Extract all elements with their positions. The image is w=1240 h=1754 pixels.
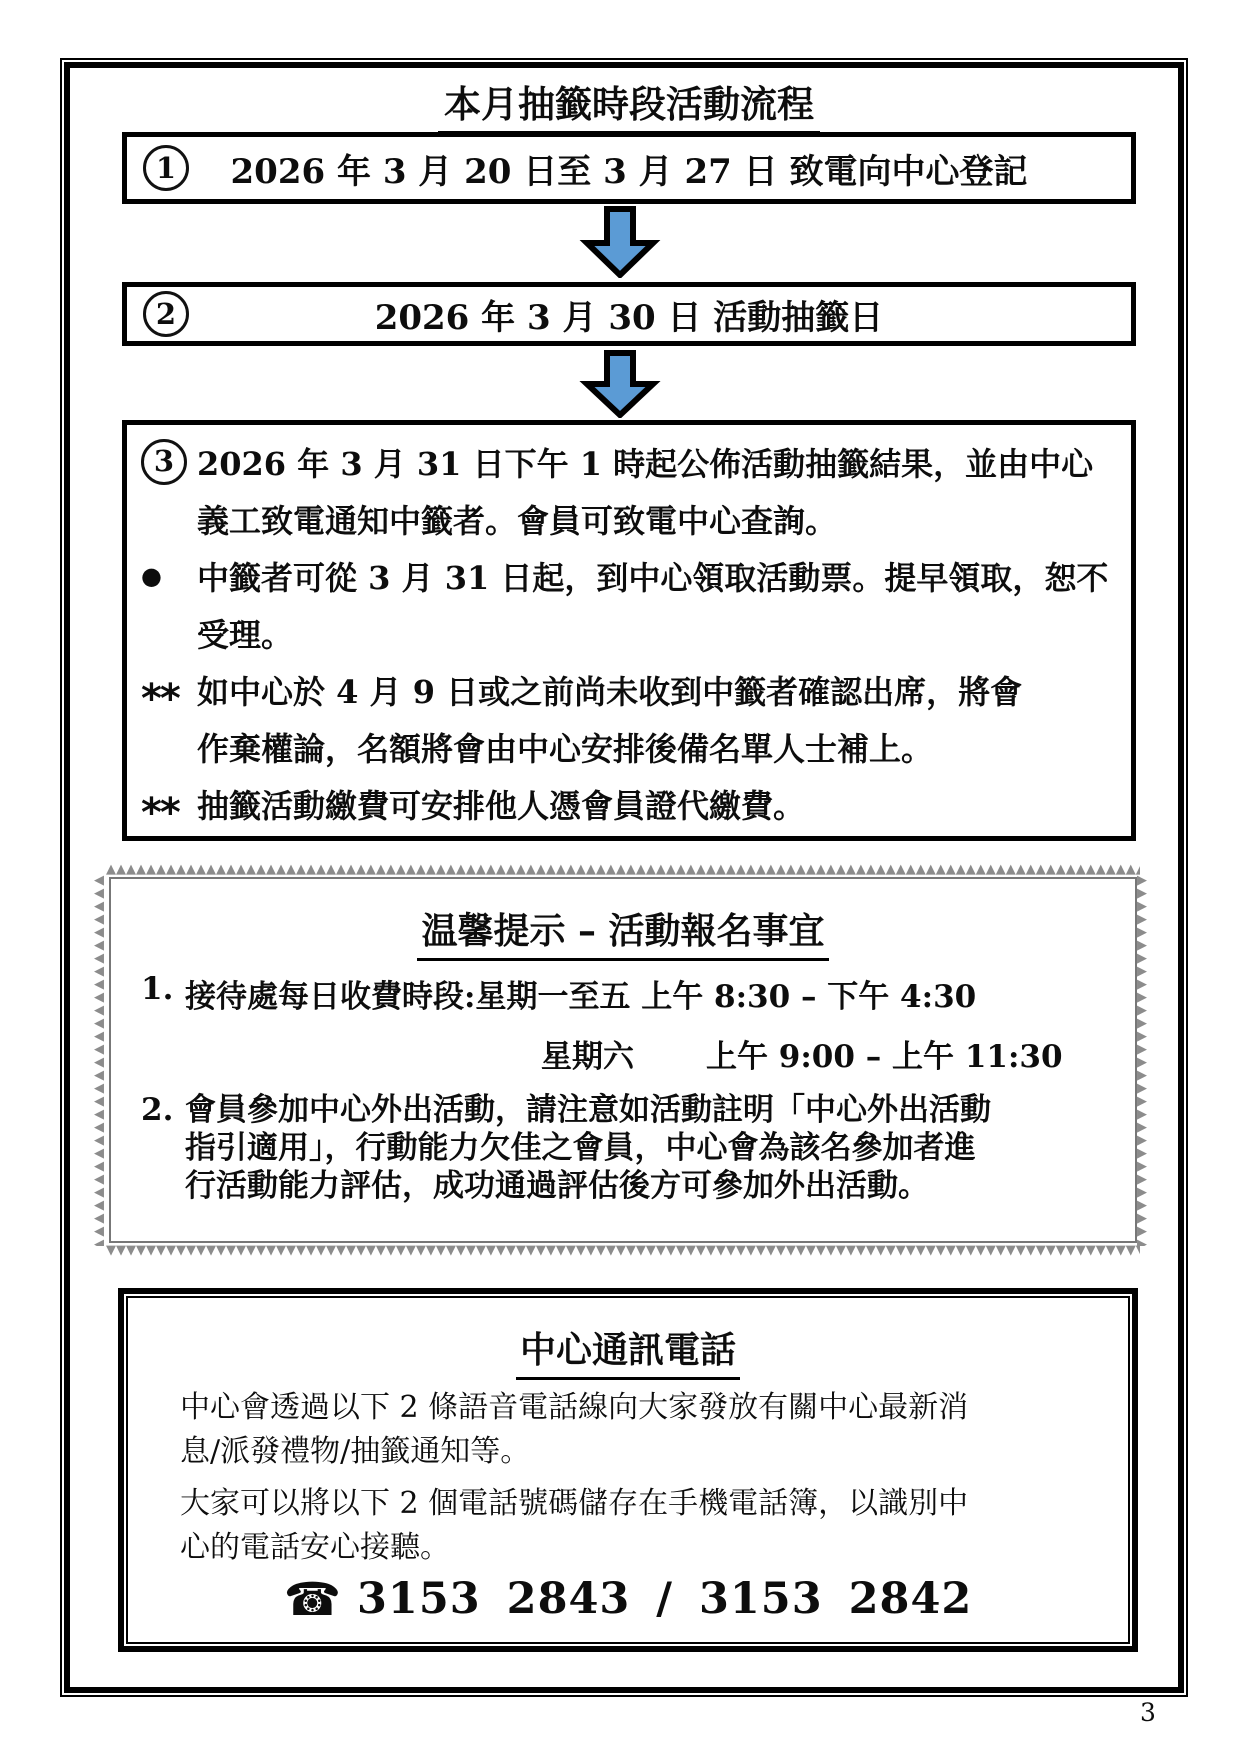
phone-number-line: ☎ 3153 2843 / 3153 2842 xyxy=(128,1574,1128,1624)
reminder-item-2-line1: 會員參加中心外出活動，請注意如活動註明「中心外出活動 xyxy=(185,1091,991,1129)
flow-step-2-text: 2026 年 3 月 30 日 活動抽籤日 xyxy=(127,287,1131,341)
reminder-box: ▲▲▲▲▲▲▲▲▲▲▲▲▲▲▲▲▲▲▲▲▲▲▲▲▲▲▲▲▲▲▲▲▲▲▲▲▲▲▲▲… xyxy=(94,862,1152,1258)
phone-box-inner: 中心通訊電話 中心會透過以下 2 條語音電話線向大家發放有關中心最新消 息/派發… xyxy=(126,1296,1130,1644)
page-number: 3 xyxy=(1140,1698,1156,1727)
reminder-item-1-day2: 星期六 xyxy=(541,1031,634,1076)
down-arrow-icon xyxy=(574,350,666,422)
phone-paragraph-1: 中心會透過以下 2 條語音電話線向大家發放有關中心最新消 息/派發禮物/抽籤通知… xyxy=(180,1386,1098,1474)
reminder-item-1-line1: 接待處每日收費時段:星期一至五 上午 8:30 – 下午 4:30 xyxy=(185,971,976,1016)
double-asterisk-icon: ** xyxy=(141,676,179,722)
phone-para1-line2: 息/派發禮物/抽籤通知等。 xyxy=(180,1430,1098,1474)
phone-numbers: 3153 2843 / 3153 2842 xyxy=(357,1574,972,1624)
reminder-item-1: 1. 接待處每日收費時段:星期一至五 上午 8:30 – 下午 4:30 星期六… xyxy=(141,971,1115,1076)
sawtooth-border-left: ◀◀◀◀◀◀◀◀◀◀◀◀◀◀◀◀◀◀◀◀◀◀◀◀◀◀◀◀◀◀◀◀◀◀◀◀◀◀◀◀ xyxy=(94,874,109,1246)
flow-step-3-box: 3 2026 年 3 月 31 日下午 1 時起公佈活動抽籤結果，並由中心 義工… xyxy=(122,420,1136,841)
flow-step-1-box: 1 2026 年 3 月 20 日至 3 月 27 日 致電向中心登記 xyxy=(122,132,1136,204)
step3-bullet-line1: 中籤者可從 3 月 31 日起，到中心領取活動票。提早領取，恕不 xyxy=(197,553,1108,599)
reminder-item-2-line2: 指引適用」，行動能力欠佳之會員，中心會為該名參加者進 xyxy=(185,1129,976,1167)
step3-note2-line1: 抽籤活動繳費可安排他人憑會員證代繳費。 xyxy=(197,781,805,827)
sawtooth-border-top: ▲▲▲▲▲▲▲▲▲▲▲▲▲▲▲▲▲▲▲▲▲▲▲▲▲▲▲▲▲▲▲▲▲▲▲▲▲▲▲▲… xyxy=(106,862,1140,877)
reminder-inner: 温馨提示 – 活動報名事宜 1. 接待處每日收費時段:星期一至五 上午 8:30… xyxy=(109,877,1137,1243)
phone-para1-line1: 中心會透過以下 2 條語音電話線向大家發放有關中心最新消 xyxy=(180,1386,1098,1430)
flow-title: 本月抽籤時段活動流程 xyxy=(122,74,1136,128)
flow-title-text: 本月抽籤時段活動流程 xyxy=(438,82,820,134)
reminder-item-2-number: 2. xyxy=(141,1091,185,1129)
step3-note1-line1: 如中心於 4 月 9 日或之前尚未收到中籤者確認出席，將會 xyxy=(197,667,1022,713)
reminder-item-2: 2. 會員參加中心外出活動，請注意如活動註明「中心外出活動 指引適用」，行動能力… xyxy=(141,1091,1115,1205)
double-asterisk-icon: ** xyxy=(141,790,179,836)
phone-box: 中心通訊電話 中心會透過以下 2 條語音電話線向大家發放有關中心最新消 息/派發… xyxy=(118,1288,1138,1652)
reminder-item-2-line3: 行活動能力評估，成功通過評估後方可參加外出活動。 xyxy=(185,1167,929,1205)
flow-step-1-text: 2026 年 3 月 20 日至 3 月 27 日 致電向中心登記 xyxy=(127,137,1131,199)
step3-note1-line2: 作棄權論，名額將會由中心安排後備名單人士補上。 xyxy=(197,724,933,770)
sawtooth-border-right: ▶▶▶▶▶▶▶▶▶▶▶▶▶▶▶▶▶▶▶▶▶▶▶▶▶▶▶▶▶▶▶▶▶▶▶▶▶▶▶▶ xyxy=(1137,874,1152,1246)
bullet-icon: ● xyxy=(141,562,162,590)
down-arrow-icon xyxy=(574,206,666,282)
phone-para2-line1: 大家可以將以下 2 個電話號碼儲存在手機電話簿，以識別中 xyxy=(180,1482,1098,1526)
circled-number-3: 3 xyxy=(141,439,187,485)
telephone-icon: ☎ xyxy=(284,1576,341,1622)
step3-bullet-line2: 受理。 xyxy=(197,610,293,656)
reminder-item-1-time2: 上午 9:00 – 上午 11:30 xyxy=(706,1031,1063,1076)
step3-line1: 2026 年 3 月 31 日下午 1 時起公佈活動抽籤結果，並由中心 xyxy=(197,439,1093,485)
phone-para2-line2: 心的電話安心接聽。 xyxy=(180,1526,1098,1570)
reminder-item-1-number: 1. xyxy=(141,971,185,1016)
reminder-title: 温馨提示 – 活動報名事宜 xyxy=(111,903,1135,954)
phone-title: 中心通訊電話 xyxy=(128,1322,1128,1373)
sawtooth-border-bottom: ▼▼▼▼▼▼▼▼▼▼▼▼▼▼▼▼▼▼▼▼▼▼▼▼▼▼▼▼▼▼▼▼▼▼▼▼▼▼▼▼… xyxy=(106,1243,1140,1258)
flow-step-2-box: 2 2026 年 3 月 30 日 活動抽籤日 xyxy=(122,282,1136,346)
phone-paragraph-2: 大家可以將以下 2 個電話號碼儲存在手機電話簿，以識別中 心的電話安心接聽。 xyxy=(180,1482,1098,1570)
step3-line2: 義工致電通知中籤者。會員可致電中心查詢。 xyxy=(197,496,837,542)
